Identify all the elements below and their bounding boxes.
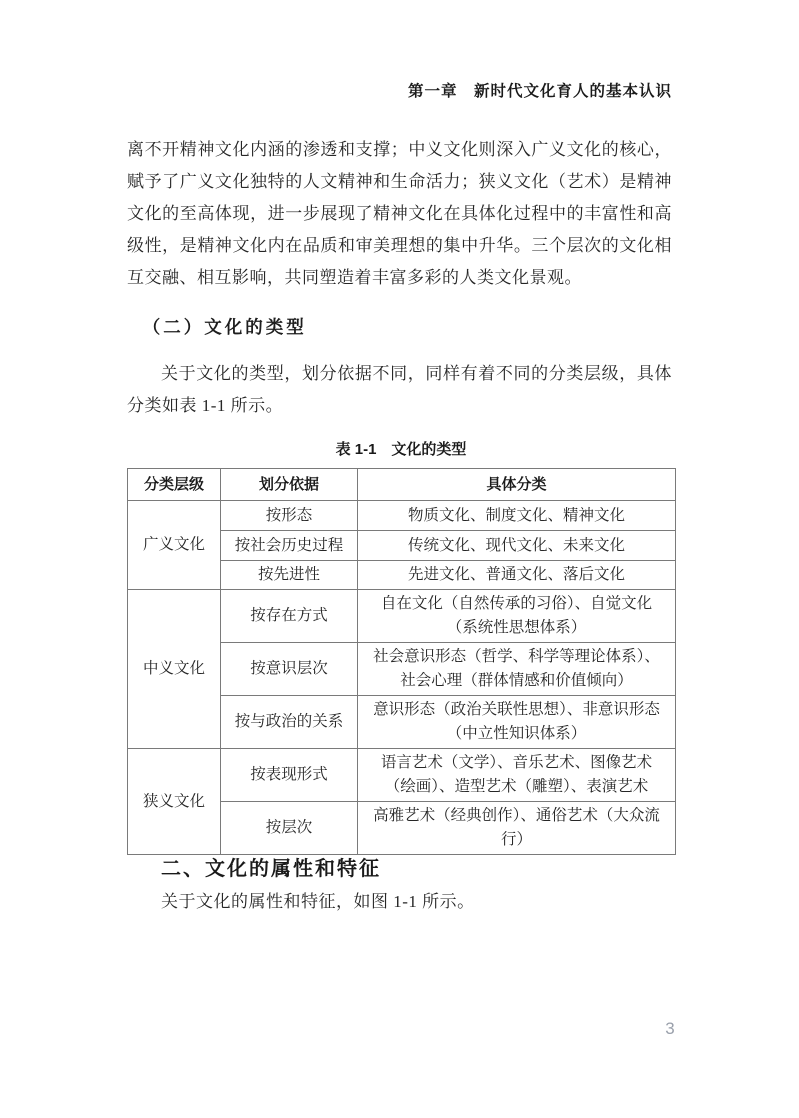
basis-cell: 按意识层次 xyxy=(221,643,358,696)
table-row: 广义文化 按形态 物质文化、制度文化、精神文化 xyxy=(128,501,676,531)
subsection-heading-culture-types: （二）文化的类型 xyxy=(127,314,672,339)
basis-cell: 按社会历史过程 xyxy=(221,531,358,561)
basis-cell: 按与政治的关系 xyxy=(221,696,358,749)
paragraph-table-intro: 关于文化的类型，划分依据不同，同样有着不同的分类层级，具体分类如表 1-1 所示… xyxy=(127,358,672,422)
column-header-detail: 具体分类 xyxy=(358,469,676,501)
basis-cell: 按表现形式 xyxy=(221,749,358,802)
section-heading-culture-attributes: 二、文化的属性和特征 xyxy=(127,852,672,881)
table-header-row: 分类层级 划分依据 具体分类 xyxy=(128,469,676,501)
paragraph-culture-levels: 离不开精神文化内涵的渗透和支撑；中义文化则深入广义文化的核心，赋予了广义文化独特… xyxy=(127,134,672,294)
detail-cell: 先进文化、普通文化、落后文化 xyxy=(358,561,676,590)
paragraph-figure-intro: 关于文化的属性和特征，如图 1-1 所示。 xyxy=(127,886,672,918)
basis-cell: 按形态 xyxy=(221,501,358,531)
document-page: 第一章 新时代文化育人的基本认识 离不开精神文化内涵的渗透和支撑；中义文化则深入… xyxy=(0,0,799,1118)
page-number: 3 xyxy=(640,1019,700,1039)
table-caption: 表 1-1 文化的类型 xyxy=(127,438,675,459)
detail-cell: 高雅艺术（经典创作）、通俗艺术（大众流行） xyxy=(358,802,676,855)
detail-cell: 社会意识形态（哲学、科学等理论体系）、社会心理（群体情感和价值倾向） xyxy=(358,643,676,696)
level-cell-broad: 广义文化 xyxy=(128,501,221,590)
detail-cell: 语言艺术（文学）、音乐艺术、图像艺术（绘画）、造型艺术（雕塑）、表演艺术 xyxy=(358,749,676,802)
detail-cell: 自在文化（自然传承的习俗）、自觉文化（系统性思想体系） xyxy=(358,590,676,643)
detail-cell: 传统文化、现代文化、未来文化 xyxy=(358,531,676,561)
chapter-header: 第一章 新时代文化育人的基本认识 xyxy=(127,79,672,101)
culture-types-table: 分类层级 划分依据 具体分类 广义文化 按形态 物质文化、制度文化、精神文化 按… xyxy=(127,468,676,855)
table-row: 狭义文化 按表现形式 语言艺术（文学）、音乐艺术、图像艺术（绘画）、造型艺术（雕… xyxy=(128,749,676,802)
level-cell-narrow: 狭义文化 xyxy=(128,749,221,855)
basis-cell: 按先进性 xyxy=(221,561,358,590)
detail-cell: 意识形态（政治关联性思想）、非意识形态（中立性知识体系） xyxy=(358,696,676,749)
column-header-level: 分类层级 xyxy=(128,469,221,501)
table-row: 中义文化 按存在方式 自在文化（自然传承的习俗）、自觉文化（系统性思想体系） xyxy=(128,590,676,643)
basis-cell: 按存在方式 xyxy=(221,590,358,643)
detail-cell: 物质文化、制度文化、精神文化 xyxy=(358,501,676,531)
column-header-basis: 划分依据 xyxy=(221,469,358,501)
level-cell-middle: 中义文化 xyxy=(128,590,221,749)
basis-cell: 按层次 xyxy=(221,802,358,855)
